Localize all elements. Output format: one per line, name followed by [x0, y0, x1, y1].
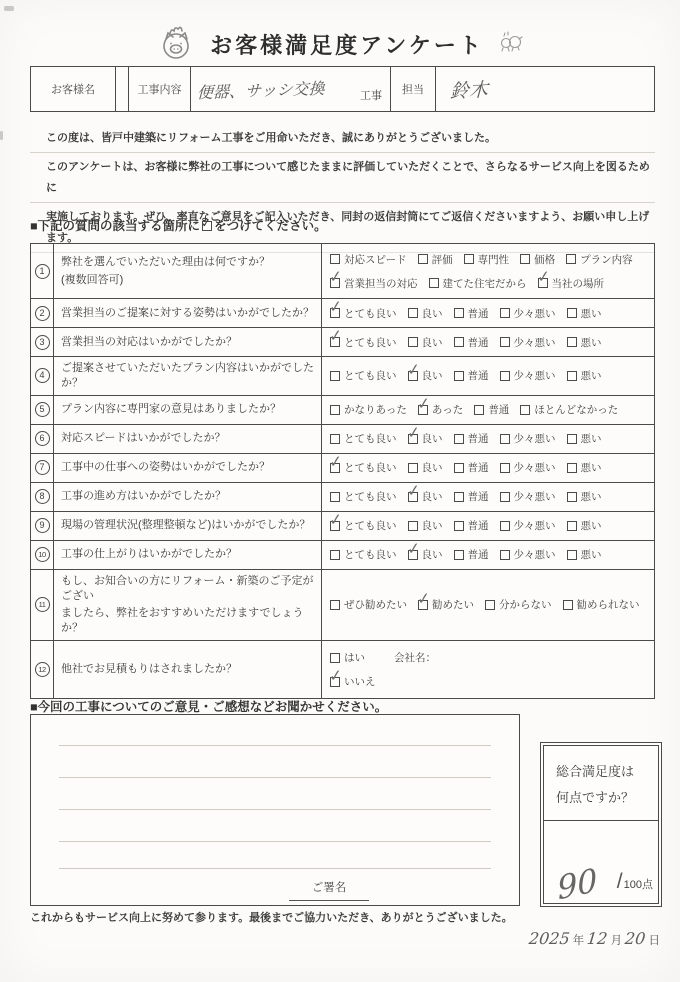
- check-mark: ✓: [328, 328, 343, 345]
- question-text: 対応スピードはいかがでしたか？: [61, 431, 314, 446]
- page-title: お客様満足度アンケート: [210, 29, 484, 60]
- checkbox: ✓: [408, 550, 418, 560]
- option-label: 少々悪い: [514, 431, 556, 446]
- question-number-cell: 9: [31, 512, 54, 540]
- checkbox-check-icon: ✓: [202, 221, 212, 231]
- option-label: 少々悪い: [514, 335, 556, 350]
- question-cell: 営業担当の対応はいかがでしたか？: [54, 328, 322, 356]
- option-label: とても良い: [344, 335, 397, 350]
- option-label: 価格: [534, 252, 555, 267]
- question-number-cell: 2: [31, 299, 54, 327]
- checkbox: [485, 600, 495, 610]
- option-label: 悪い: [581, 335, 602, 350]
- option: 普通: [454, 547, 489, 562]
- check-mark: ✓: [406, 483, 421, 500]
- survey-row: 11もし、お知合いの方にリフォーム・新築のご予定がございましたら、弊社をおすすめ…: [31, 570, 654, 641]
- question-cell: 工事の進め方はいかがでしたか？: [54, 483, 322, 511]
- option-label: とても良い: [344, 431, 397, 446]
- checkbox: ✓: [408, 434, 418, 444]
- option: 普通: [454, 460, 489, 475]
- question-number-cell: 11: [31, 570, 54, 640]
- check-mark: ✓: [406, 362, 421, 379]
- option: 良い: [408, 460, 443, 475]
- checkbox: [500, 371, 510, 381]
- options-cell: 対応スピード評価専門性価格プラン内容✓営業担当の対応建てた住宅だから✓当社の場所: [322, 244, 654, 298]
- checkbox: ✓: [330, 337, 340, 347]
- pig-stamp-icon: [498, 30, 524, 59]
- question-text: ご提案させていただいたプラン内容はいかがでしたか？: [61, 361, 314, 391]
- question-number-cell: 8: [31, 483, 54, 511]
- date-month: 12: [586, 929, 608, 948]
- option-label: とても良い: [344, 489, 397, 504]
- option-label: 少々悪い: [514, 368, 556, 383]
- comment-box: ご署名: [30, 714, 520, 906]
- option: 普通: [454, 335, 489, 350]
- survey-row: 5プラン内容に専門家の意見はありましたか？かなりあった✓あった普通ほとんどなかっ…: [31, 396, 654, 425]
- question-cell: もし、お知合いの方にリフォーム・新築のご予定がございましたら、弊社をおすすめいた…: [54, 570, 322, 640]
- option: 分からない: [485, 597, 552, 612]
- option-label: あった: [432, 402, 463, 417]
- option: ✓とても良い: [330, 335, 397, 350]
- survey-row: 2営業担当のご提案に対する姿勢はいかがでしたか？✓とても良い良い普通少々悪い悪い: [31, 299, 654, 328]
- options-cell: ぜひ勧めたい✓勧めたい分からない勧められない: [322, 570, 654, 640]
- option: 少々悪い: [500, 518, 556, 533]
- option-label: とても良い: [344, 368, 397, 383]
- option-label: 評価: [432, 252, 453, 267]
- survey-form-scan: お客様満足度アンケート お客様名 工事内容 便器、サッシ交換 工事 担当 鈴木 …: [0, 0, 680, 982]
- option-label: 少々悪い: [514, 489, 556, 504]
- score-value-handwritten: 90: [556, 861, 599, 908]
- checkbox: [474, 405, 484, 415]
- intro-line: このアンケートは、お客様に弊社の工事について感じたままに評価していただくことで、…: [30, 153, 655, 203]
- question-number: 7: [35, 460, 50, 475]
- option-label: とても良い: [344, 547, 397, 562]
- comment-rule-line: [59, 868, 491, 869]
- checkbox: [454, 492, 464, 502]
- option-label: プラン内容: [580, 252, 633, 267]
- question-number-cell: 12: [31, 641, 54, 698]
- check-mark: ✓: [406, 541, 421, 558]
- checkbox: ✓: [418, 600, 428, 610]
- options-cell: とても良い✓良い普通少々悪い悪い: [322, 357, 654, 395]
- checkbox: ✓: [330, 463, 340, 473]
- survey-row: 10工事の仕上がりはいかがでしたか？とても良い✓良い普通少々悪い悪い: [31, 541, 654, 570]
- option-label: 悪い: [581, 368, 602, 383]
- option: ✓とても良い: [330, 306, 397, 321]
- closing-note: これからもサービス向上に努めて参ります。最後までご協力いただき、ありがとうござい…: [30, 909, 550, 925]
- checkbox: [500, 337, 510, 347]
- option-line: ぜひ勧めたい✓勧めたい分からない勧められない: [330, 594, 646, 616]
- checkbox: [408, 337, 418, 347]
- option-label: かなりあった: [344, 402, 407, 417]
- checkbox: [429, 278, 439, 288]
- checkbox: [454, 308, 464, 318]
- question-cell: 他社でお見積もりはされましたか？: [54, 641, 322, 698]
- option: ✓良い: [408, 431, 443, 446]
- checkbox: [563, 600, 573, 610]
- checkbox: [567, 308, 577, 318]
- check-mark: ✓: [416, 396, 431, 413]
- option-label: 普通: [468, 460, 489, 475]
- option: 価格: [520, 252, 555, 267]
- date-year-unit: 年: [573, 932, 585, 948]
- option: 良い: [408, 335, 443, 350]
- option-label: 良い: [422, 335, 443, 350]
- checkbox: ✓: [408, 492, 418, 502]
- option-line: ✓いいえ: [330, 671, 646, 693]
- option-line: ✓とても良い良い普通少々悪い悪い: [330, 515, 646, 537]
- option: ✓営業担当の対応: [330, 276, 418, 291]
- option: 普通: [454, 489, 489, 504]
- checkbox: [500, 434, 510, 444]
- scan-artifact: [0, 131, 3, 140]
- question-number: 9: [35, 518, 50, 533]
- option-label: 普通: [468, 518, 489, 533]
- checkbox: ✓: [330, 521, 340, 531]
- checkbox: [330, 600, 340, 610]
- checkbox: [520, 405, 530, 415]
- option-label: 悪い: [581, 489, 602, 504]
- option-label: 良い: [422, 431, 443, 446]
- question-number: 11: [35, 597, 50, 612]
- check-mark: ✓: [328, 668, 343, 685]
- option: 少々悪い: [500, 368, 556, 383]
- options-cell: ✓とても良い良い普通少々悪い悪い: [322, 512, 654, 540]
- question-cell: 弊社を選んでいただいた理由は何ですか？(複数回答可): [54, 244, 322, 298]
- checkbox: [500, 308, 510, 318]
- survey-table: 1弊社を選んでいただいた理由は何ですか？(複数回答可)対応スピード評価専門性価格…: [30, 243, 655, 699]
- survey-row: 6対応スピードはいかがでしたか？とても良い✓良い普通少々悪い悪い: [31, 425, 654, 454]
- option: 悪い: [567, 368, 602, 383]
- option: 普通: [454, 368, 489, 383]
- work-type-label: 工事内容: [128, 67, 190, 111]
- survey-row: 7工事中の仕事への姿勢はいかがでしたか？✓とても良い良い普通少々悪い悪い: [31, 454, 654, 483]
- option: 普通: [474, 402, 509, 417]
- option: ✓良い: [408, 368, 443, 383]
- option: 良い: [408, 518, 443, 533]
- work-type-cell: 便器、サッシ交換 工事: [190, 67, 390, 111]
- comment-rule-line: [59, 745, 491, 746]
- checkbox: [454, 521, 464, 531]
- survey-section-heading: ■下記の質問の該当する箇所に ✓ をつけてください。: [30, 216, 327, 234]
- check-mark: ✓: [328, 454, 343, 471]
- option-label: 良い: [422, 489, 443, 504]
- option-label: 良い: [422, 306, 443, 321]
- question-number-cell: 4: [31, 357, 54, 395]
- option: ぜひ勧めたい: [330, 597, 407, 612]
- option: とても良い: [330, 547, 397, 562]
- question-text: 弊社を選んでいただいた理由は何ですか？: [61, 255, 314, 270]
- option: 悪い: [567, 335, 602, 350]
- score-label-line2: 何点ですか？: [556, 785, 646, 811]
- option: 普通: [454, 431, 489, 446]
- checkbox: [330, 434, 340, 444]
- option: 良い: [408, 306, 443, 321]
- question-cell: 工事中の仕事への姿勢はいかがでしたか？: [54, 454, 322, 482]
- survey-row: 3営業担当の対応はいかがでしたか？✓とても良い良い普通少々悪い悪い: [31, 328, 654, 357]
- header: お客様満足度アンケート: [0, 22, 680, 67]
- customer-name-value: [115, 67, 128, 111]
- option: プラン内容: [566, 252, 633, 267]
- checkbox: [500, 463, 510, 473]
- option-line: ✓とても良い良い普通少々悪い悪い: [330, 457, 646, 479]
- option-label: 悪い: [581, 306, 602, 321]
- survey-row: 4ご提案させていただいたプラン内容はいかがでしたか？とても良い✓良い普通少々悪い…: [31, 357, 654, 396]
- option: 少々悪い: [500, 335, 556, 350]
- option-label: 勧められない: [577, 597, 640, 612]
- option-label: 良い: [422, 518, 443, 533]
- question-cell: プラン内容に専門家の意見はありましたか？: [54, 396, 322, 424]
- option-label: 普通: [468, 489, 489, 504]
- info-table: お客様名 工事内容 便器、サッシ交換 工事 担当 鈴木: [30, 66, 655, 112]
- option-label: 当社の場所: [552, 276, 605, 291]
- option-label: 普通: [468, 306, 489, 321]
- option: 少々悪い: [500, 460, 556, 475]
- option-label: ほとんどなかった: [534, 402, 618, 417]
- option: ✓良い: [408, 489, 443, 504]
- checkbox: ✓: [418, 405, 428, 415]
- option: 少々悪い: [500, 489, 556, 504]
- staff-value-cell: 鈴木: [435, 67, 654, 111]
- option: はい: [330, 650, 365, 665]
- option-label: 会社名：: [394, 650, 436, 665]
- options-cell: はい会社名：✓いいえ: [322, 641, 654, 698]
- option-line: ✓営業担当の対応建てた住宅だから✓当社の場所: [330, 272, 646, 294]
- survey-heading-suffix: をつけてください。: [214, 216, 327, 234]
- checkbox: [567, 371, 577, 381]
- staff-value-handwritten: 鈴木: [442, 74, 489, 103]
- checkbox: [454, 463, 464, 473]
- option: 普通: [454, 518, 489, 533]
- question-cell: 営業担当のご提案に対する姿勢はいかがでしたか？: [54, 299, 322, 327]
- question-number: 8: [35, 489, 50, 504]
- option: 少々悪い: [500, 547, 556, 562]
- checkbox: ✓: [330, 677, 340, 687]
- intro-line: この度は、皆戸中建築にリフォーム工事をご用命いただき、誠にありがとうございました…: [30, 124, 655, 153]
- option-label: いいえ: [344, 674, 376, 689]
- option-label: 建てた住宅だから: [443, 276, 527, 291]
- date-day: 20: [624, 929, 646, 948]
- scan-artifact: [4, 6, 14, 11]
- option: かなりあった: [330, 402, 407, 417]
- checkbox: [330, 550, 340, 560]
- option: 勧められない: [563, 597, 640, 612]
- option-label: 悪い: [581, 518, 602, 533]
- survey-row: 9現場の管理状況(整理整頓など)はいかがでしたか？✓とても良い良い普通少々悪い悪…: [31, 512, 654, 541]
- option: ✓あった: [418, 402, 463, 417]
- question-text: 工事中の仕事への姿勢はいかがでしたか？: [61, 460, 314, 475]
- option: 悪い: [567, 518, 602, 533]
- option: 悪い: [567, 489, 602, 504]
- checkbox: [500, 492, 510, 502]
- survey-heading-prefix: ■下記の質問の該当する箇所に: [30, 216, 200, 234]
- question-number: 5: [35, 402, 50, 417]
- score-box: 総合満足度は 何点ですか？ 90 /100点: [540, 742, 662, 907]
- option-label: 専門性: [478, 252, 510, 267]
- checkbox: [567, 521, 577, 531]
- work-type-value-handwritten: 便器、サッシ交換: [197, 75, 325, 102]
- options-cell: とても良い✓良い普通少々悪い悪い: [322, 425, 654, 453]
- options-cell: とても良い✓良い普通少々悪い悪い: [322, 483, 654, 511]
- question-number: 4: [35, 368, 50, 383]
- checkbox: [330, 254, 340, 264]
- checkbox: [567, 492, 577, 502]
- question-number: 2: [35, 306, 50, 321]
- option-line: とても良い✓良い普通少々悪い悪い: [330, 486, 646, 508]
- question-number: 10: [35, 547, 50, 562]
- checkbox: [454, 550, 464, 560]
- option-label: 普通: [468, 431, 489, 446]
- score-box-inner: 総合満足度は 何点ですか？ 90 /100点: [543, 745, 659, 904]
- option-label: 少々悪い: [514, 547, 556, 562]
- option: ✓とても良い: [330, 460, 397, 475]
- customer-name-label: お客様名: [31, 67, 115, 111]
- option: 会社名：: [394, 650, 436, 665]
- option-label: 少々悪い: [514, 518, 556, 533]
- date-month-unit: 月: [611, 932, 623, 948]
- checkbox: [408, 308, 418, 318]
- option: 少々悪い: [500, 306, 556, 321]
- staff-label: 担当: [390, 67, 435, 111]
- option: 評価: [418, 252, 453, 267]
- checkbox: [330, 405, 340, 415]
- option: 普通: [454, 306, 489, 321]
- survey-row: 1弊社を選んでいただいた理由は何ですか？(複数回答可)対応スピード評価専門性価格…: [31, 244, 654, 299]
- question-number-cell: 5: [31, 396, 54, 424]
- signature-label: ご署名: [289, 879, 369, 901]
- comment-rule-line: [59, 841, 491, 842]
- check-mark: ✓: [406, 425, 421, 442]
- option: 悪い: [567, 431, 602, 446]
- checkbox: [566, 254, 576, 264]
- option: 悪い: [567, 547, 602, 562]
- question-text: プラン内容に専門家の意見はありましたか？: [61, 402, 314, 417]
- work-unit-label: 工事: [360, 87, 382, 103]
- option-line: ✓とても良い良い普通少々悪い悪い: [330, 331, 646, 353]
- option-label: はい: [344, 650, 365, 665]
- checkbox: ✓: [538, 278, 548, 288]
- checkbox: [454, 337, 464, 347]
- question-text: もし、お知合いの方にリフォーム・新築のご予定がござい: [61, 574, 314, 604]
- date-handwritten: 2025 年 12 月 20 日: [529, 929, 660, 948]
- checkbox: [454, 371, 464, 381]
- question-number: 1: [35, 264, 50, 279]
- option: ✓当社の場所: [538, 276, 605, 291]
- checkbox: [330, 653, 340, 663]
- option: とても良い: [330, 368, 397, 383]
- question-text: (複数回答可): [61, 273, 314, 288]
- option-line: かなりあった✓あった普通ほとんどなかった: [330, 399, 646, 421]
- score-label-line1: 総合満足度は: [556, 759, 646, 785]
- option-label: 少々悪い: [514, 460, 556, 475]
- option: とても良い: [330, 431, 397, 446]
- option: ✓とても良い: [330, 518, 397, 533]
- option-label: とても良い: [344, 306, 397, 321]
- pig-mascot-icon: [156, 22, 196, 67]
- question-number: 3: [35, 335, 50, 350]
- option-label: 良い: [422, 460, 443, 475]
- survey-row: 12他社でお見積もりはされましたか？はい会社名：✓いいえ: [31, 641, 654, 698]
- option-label: 営業担当の対応: [344, 276, 418, 291]
- question-text: 他社でお見積もりはされましたか？: [61, 662, 314, 677]
- option-label: 対応スピード: [344, 252, 407, 267]
- option: ✓いいえ: [330, 674, 376, 689]
- checkbox: [520, 254, 530, 264]
- survey-row: 8工事の進め方はいかがでしたか？とても良い✓良い普通少々悪い悪い: [31, 483, 654, 512]
- score-box-label: 総合満足度は 何点ですか？: [544, 746, 658, 821]
- options-cell: ✓とても良い良い普通少々悪い悪い: [322, 328, 654, 356]
- checkbox: [464, 254, 474, 264]
- check-mark: ✓: [328, 299, 343, 316]
- date-day-unit: 日: [649, 932, 661, 948]
- option: ✓良い: [408, 547, 443, 562]
- comments-heading: ■今回の工事についてのご意見・ご感想などお聞かせください。: [30, 697, 387, 715]
- option-label: ぜひ勧めたい: [344, 597, 407, 612]
- checkbox: [567, 550, 577, 560]
- question-cell: ご提案させていただいたプラン内容はいかがでしたか？: [54, 357, 322, 395]
- check-mark: ✓: [328, 512, 343, 529]
- checkbox: [408, 521, 418, 531]
- question-text: ましたら、弊社をおすすめいただけますでしょうか？: [61, 606, 314, 636]
- checkbox: [418, 254, 428, 264]
- option: 建てた住宅だから: [429, 276, 527, 291]
- option: 少々悪い: [500, 431, 556, 446]
- options-cell: ✓とても良い良い普通少々悪い悪い: [322, 454, 654, 482]
- checkbox: ✓: [330, 278, 340, 288]
- option-label: 勧めたい: [432, 597, 474, 612]
- option-label: 普通: [468, 547, 489, 562]
- checkbox: [454, 434, 464, 444]
- question-number-cell: 3: [31, 328, 54, 356]
- option-label: とても良い: [344, 518, 397, 533]
- option-line: とても良い✓良い普通少々悪い悪い: [330, 544, 646, 566]
- question-number: 6: [35, 431, 50, 446]
- question-number-cell: 6: [31, 425, 54, 453]
- checkbox: [567, 337, 577, 347]
- question-number-cell: 7: [31, 454, 54, 482]
- option-label: 悪い: [581, 547, 602, 562]
- comment-rule-line: [59, 777, 491, 778]
- question-number-cell: 1: [31, 244, 54, 298]
- score-max-label: 100点: [624, 876, 653, 892]
- question-text: 現場の管理状況(整理整頓など)はいかがでしたか？: [61, 518, 314, 533]
- option: 悪い: [567, 460, 602, 475]
- options-cell: ✓とても良い良い普通少々悪い悪い: [322, 299, 654, 327]
- option-label: 普通: [468, 368, 489, 383]
- option-line: 対応スピード評価専門性価格プラン内容: [330, 248, 646, 270]
- option-line: ✓とても良い良い普通少々悪い悪い: [330, 302, 646, 324]
- option-label: 普通: [468, 335, 489, 350]
- option: とても良い: [330, 489, 397, 504]
- question-cell: 工事の仕上がりはいかがでしたか？: [54, 541, 322, 569]
- check-mark: ✓: [328, 269, 343, 286]
- score-max: /100点: [617, 874, 653, 892]
- checkbox: [500, 550, 510, 560]
- option: ほとんどなかった: [520, 402, 618, 417]
- option-label: 少々悪い: [514, 306, 556, 321]
- option-label: 良い: [422, 547, 443, 562]
- checkbox: [330, 492, 340, 502]
- date-year: 2025: [528, 929, 571, 948]
- checkbox: ✓: [330, 308, 340, 318]
- checkbox: [408, 463, 418, 473]
- option: 対応スピード: [330, 252, 407, 267]
- option-line: はい会社名：: [330, 647, 646, 669]
- option-label: 普通: [488, 402, 509, 417]
- options-cell: とても良い✓良い普通少々悪い悪い: [322, 541, 654, 569]
- checkbox: [567, 434, 577, 444]
- option-label: 良い: [422, 368, 443, 383]
